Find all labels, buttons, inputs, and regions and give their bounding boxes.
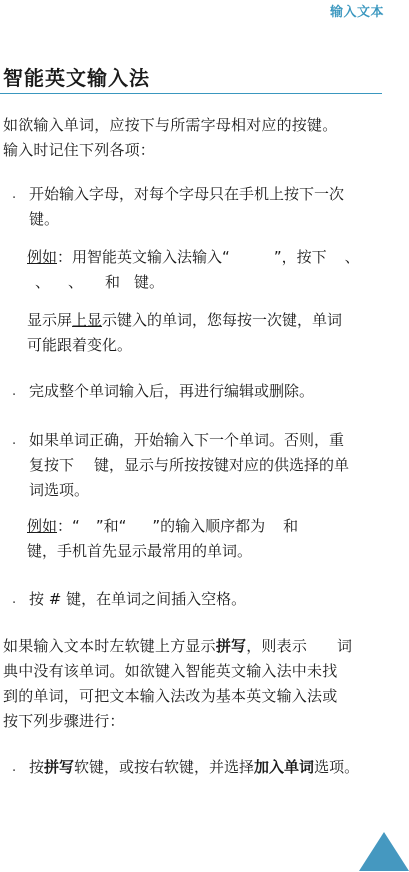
example-colon: ： [57, 248, 72, 266]
list-item-text: 软键，或按右软键，并选择 [74, 758, 254, 776]
note-text: 示键入的单词，您每按一次键，单词 [102, 311, 342, 329]
list-item-bold-text: 加入单词 [254, 758, 314, 776]
page-up-triangle-icon[interactable] [359, 832, 409, 871]
list-item-text: 按 [29, 758, 44, 776]
example-text: 键。 [134, 273, 164, 291]
example-text: 用智能英文输入法输入“ [72, 248, 230, 266]
list-item-text: 复按下 [29, 456, 74, 474]
bullet-marker: . [12, 755, 24, 780]
list-item-line: 如果单词正确，开始输入下一个单词。否则，重 [29, 428, 392, 453]
list-item-text: 键，在单词之间插入空格。 [66, 590, 246, 608]
example-text: 、 [35, 273, 50, 291]
list-item: . 按拼写软键，或按右软键，并选择加入单词选项。 [12, 755, 392, 780]
list-item: . 完成整个单词输入后，再进行编辑或删除。 [12, 379, 392, 404]
list-item-line: 完成整个单词输入后，再进行编辑或删除。 [29, 379, 392, 404]
list-item-line: 键。 [29, 207, 392, 232]
intro-paragraph: 如欲输入单词，应按下与所需字母相对应的按键。 输入时记住下列各项： [3, 113, 393, 163]
example-text: 和 [105, 273, 120, 291]
closing-text: ，则表示 [246, 637, 307, 655]
note-text: 显示屏 [27, 311, 72, 329]
example-line-2: 键，手机首先显示最常用的单词。 [27, 539, 389, 564]
list-item: . 按 # 键，在单词之间插入空格。 [12, 587, 392, 612]
example-colon: ： [57, 517, 72, 535]
list-item-line: 按拼写软键，或按右软键，并选择加入单词选项。 [29, 755, 392, 780]
section-header-label: 输入文本 [330, 1, 384, 20]
intro-line-1: 如欲输入单词，应按下与所需字母相对应的按键。 [3, 113, 393, 138]
example-text: ”，按下 [274, 248, 327, 266]
closing-line-3: 到的单词，可把文本输入法改为基本英文输入法或 [3, 684, 393, 709]
list-item-line: 词选项。 [29, 478, 392, 503]
bullet-marker: . [12, 379, 24, 404]
list-item-line: 开始输入字母，对每个字母只在手机上按下一次 [29, 182, 392, 207]
title-divider [0, 93, 382, 94]
page-title: 智能英文输入法 [3, 62, 150, 91]
note-text: 上显 [72, 311, 102, 329]
closing-text: 词 [337, 637, 352, 655]
bullet-marker: . [12, 587, 24, 612]
list-item-line: 按 # 键，在单词之间插入空格。 [29, 587, 392, 612]
list-item: . 开始输入字母，对每个字母只在手机上按下一次 键。 [12, 182, 392, 232]
intro-line-2: 输入时记住下列各项： [3, 138, 393, 163]
bullet-marker: . [12, 182, 24, 207]
example-text: “ [72, 517, 80, 535]
example-line-1: 例如：“”和“”的输入顺序都为和 [27, 514, 389, 539]
closing-bold-text: 拼写 [216, 637, 246, 655]
example-line-1: 例如：用智能英文输入法输入“”，按下、 [27, 245, 389, 270]
note-line-2: 可能跟着变化。 [27, 333, 389, 358]
bullet-marker: . [12, 428, 24, 453]
list-item-line: 复按下键，显示与所按按键对应的供选择的单 [29, 453, 392, 478]
list-item-text: 键，显示与所按按键对应的供选择的单 [94, 456, 349, 474]
example-label: 例如 [27, 248, 57, 266]
hash-key-icon: # [49, 590, 62, 608]
closing-line-2: 典中没有该单词。如欲键入智能英文输入法中未找 [3, 659, 393, 684]
list-item-text: 按 [29, 590, 44, 608]
example-label: 例如 [27, 517, 57, 535]
note-line-1: 显示屏上显示键入的单词，您每按一次键，单词 [27, 308, 389, 333]
list-item-bold-text: 拼写 [44, 758, 74, 776]
list-item: . 如果单词正确，开始输入下一个单词。否则，重 复按下键，显示与所按按键对应的供… [12, 428, 392, 503]
example-text: 、 [68, 273, 83, 291]
closing-line-1: 如果输入文本时左软键上方显示拼写，则表示词 [3, 634, 393, 659]
example-block: 例如：“”和“”的输入顺序都为和 键，手机首先显示最常用的单词。 [27, 514, 389, 564]
example-text: ”和“ [96, 517, 127, 535]
example-text: ”的输入顺序都为 [152, 517, 265, 535]
list-item-text: 选项。 [314, 758, 359, 776]
example-block: 例如：用智能英文输入法输入“”，按下、 、、和键。 [27, 245, 389, 295]
example-line-2: 、、和键。 [27, 270, 389, 295]
note-block: 显示屏上显示键入的单词，您每按一次键，单词 可能跟着变化。 [27, 308, 389, 358]
example-text: 和 [283, 517, 298, 535]
closing-paragraph: 如果输入文本时左软键上方显示拼写，则表示词 典中没有该单词。如欲键入智能英文输入… [3, 634, 393, 734]
example-text: 、 [345, 248, 360, 266]
closing-text: 如果输入文本时左软键上方显示 [3, 637, 216, 655]
closing-line-4: 按下列步骤进行： [3, 709, 393, 734]
